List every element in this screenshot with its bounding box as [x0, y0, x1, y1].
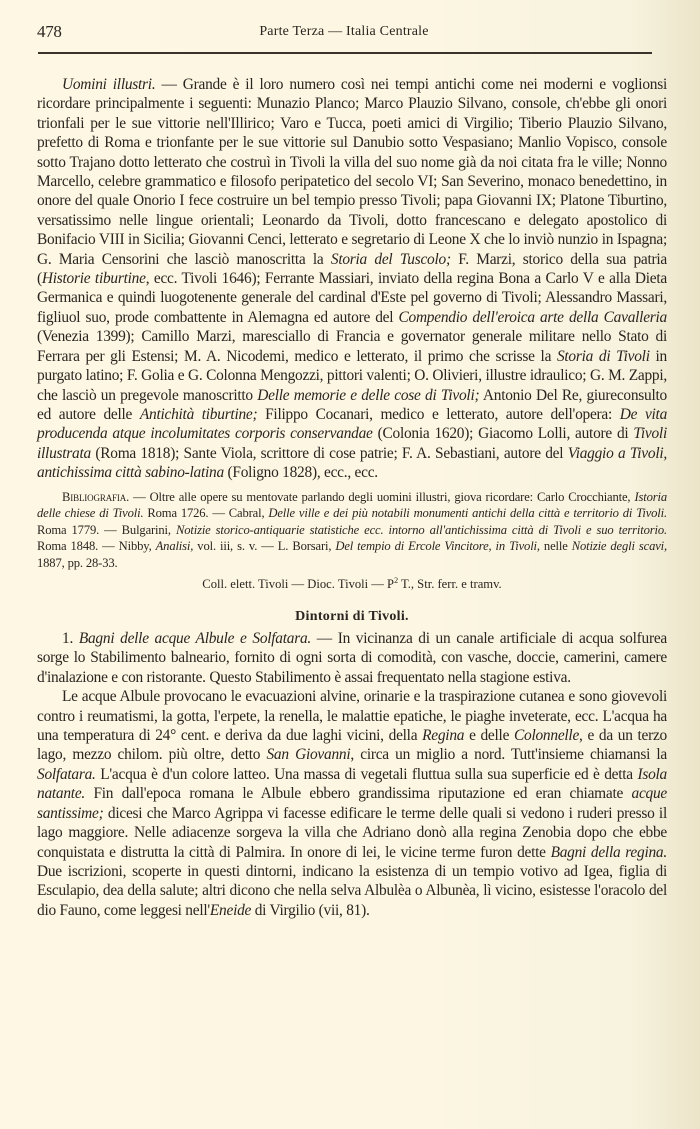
italic-title: Notizie degli scavi,	[572, 539, 667, 553]
text-run: nelle	[540, 539, 572, 553]
italic-title: Analisi,	[156, 539, 194, 553]
text-run: — Oltre alle opere su mentovate parlando…	[129, 490, 634, 504]
italic-title: Storia di Tivoli	[557, 348, 650, 365]
text-run: (Roma 1818); Sante Viola, scrittore di c…	[91, 445, 568, 462]
italic-term: Regina	[422, 727, 464, 744]
text-run: (Foligno 1828), ecc., ecc.	[224, 464, 378, 481]
text-run: L'acqua è d'un colore latteo. Una massa …	[96, 766, 638, 783]
section-title-uomini-illustri: Uomini illustri.	[62, 76, 155, 93]
paragraph-acque-albule: Le acque Albule provocano le evacuazioni…	[37, 687, 667, 920]
section-heading-dintorni: Dintorni di Tivoli.	[37, 609, 667, 625]
italic-title: Compendio dell'eroica arte della Cavalle…	[398, 309, 667, 326]
text-run: Fin dall'epoca romana le Albule ebbero g…	[85, 785, 631, 802]
paragraph-bagni-albule: 1. Bagni delle acque Albule e Solfatara.…	[37, 629, 667, 687]
text-run: T., Str. ferr. e tramv.	[398, 577, 502, 591]
text-run: — Grande è il loro numero così nei tempi…	[37, 76, 667, 268]
text-run: (Colonia 1620); Giacomo Lolli, autore di	[373, 425, 634, 442]
italic-term: Bagni della regina.	[551, 844, 667, 861]
text-run: 1887, pp. 28-33.	[37, 556, 118, 570]
italic-title: Storia del Tuscolo;	[331, 251, 451, 268]
colophon-line: Coll. elett. Tivoli — Dioc. Tivoli — P2 …	[37, 573, 667, 592]
bibliografia-label: Bibliografia.	[62, 490, 129, 504]
italic-title: Delle ville e dei più notabili monumenti…	[268, 506, 667, 520]
page-header: 478 Parte Terza — Italia Centrale	[37, 18, 651, 44]
text-run: , circa un miglio a nord. Tutt'insieme c…	[350, 746, 667, 763]
text-run: e delle	[464, 727, 514, 744]
italic-term: Eneide	[210, 902, 251, 919]
italic-title: Historie tiburtine	[42, 270, 146, 287]
italic-term: San Giovanni	[266, 746, 350, 763]
paragraph-uomini-illustri: Uomini illustri. — Grande è il loro nume…	[37, 75, 667, 483]
italic-term: Colonnelle	[514, 727, 579, 744]
italic-term: Solfatara.	[37, 766, 96, 783]
header-rule	[38, 52, 652, 54]
text-run: Roma 1779. — Bulgarini,	[37, 523, 176, 537]
running-title: Parte Terza — Italia Centrale	[37, 24, 651, 40]
text-run: Roma 1726. — Cabral,	[143, 506, 268, 520]
italic-title: Delle memorie e delle cose di Tivoli;	[257, 387, 479, 404]
item-title: Bagni delle acque Albule e Solfatara.	[79, 630, 311, 647]
item-number: 1.	[62, 630, 79, 647]
text-run: di Virgilio (vii, 81).	[251, 902, 369, 919]
italic-title: Antichità tiburtine;	[140, 406, 258, 423]
paragraph-bibliografia: Bibliografia. — Oltre alle opere su ment…	[37, 489, 667, 572]
italic-title: Notizie storico-antiquarie statistiche e…	[176, 523, 667, 537]
text-run: Roma 1848. — Nibby,	[37, 539, 156, 553]
text-run: Filippo Cocanari, medico e letterato, au…	[257, 406, 619, 423]
page-content: Uomini illustri. — Grande è il loro nume…	[37, 75, 667, 920]
text-run: Coll. elett. Tivoli — Dioc. Tivoli — P	[202, 577, 394, 591]
text-run: vol. iii, s. v. — L. Borsari,	[193, 539, 335, 553]
italic-title: Del tempio di Ercole Vincitore, in Tivol…	[335, 539, 539, 553]
